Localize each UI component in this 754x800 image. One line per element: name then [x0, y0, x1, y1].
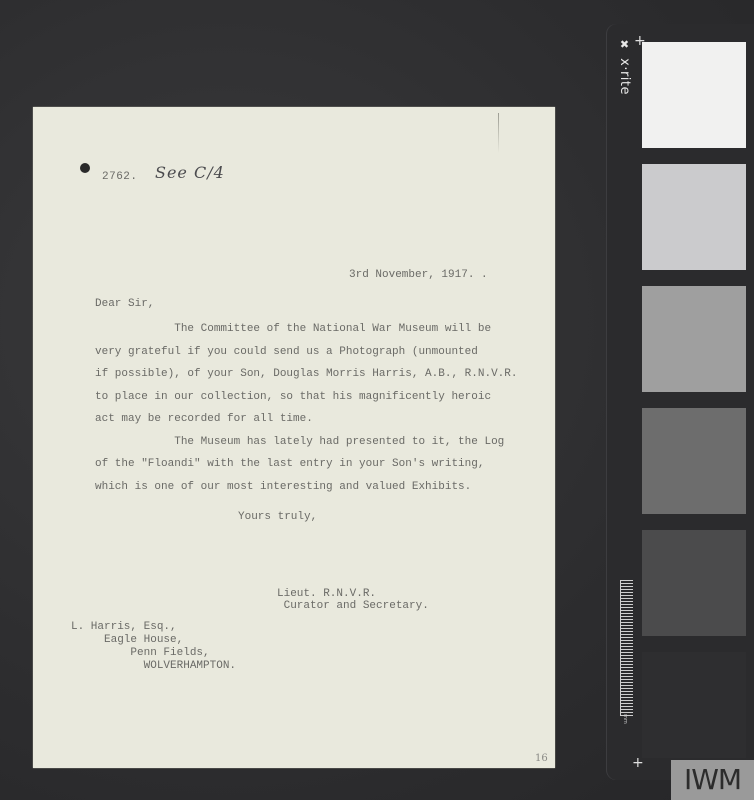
handwritten-note: See C/4 — [155, 163, 225, 182]
body-line: to place in our collection, so that his … — [95, 387, 555, 409]
iwm-watermark: IWM — [671, 760, 754, 800]
gray-swatch-white — [642, 42, 746, 148]
page-number: 16 — [535, 753, 548, 764]
gray-swatch-mid — [642, 408, 746, 514]
signature-rank: Lieut. R.N.V.R. — [277, 588, 429, 600]
recipient-address: L. Harris, Esq., Eagle House, Penn Field… — [71, 621, 236, 673]
x-rite-logo-icon: ✖ — [618, 38, 631, 52]
body-line: The Museum has lately had presented to i… — [95, 432, 555, 454]
body-line: act may be recorded for all time. — [95, 409, 555, 431]
address-line: WOLVERHAMPTON. — [71, 660, 236, 673]
document-scan: 2762. See C/4 3rd November, 1917. . Dear… — [0, 0, 754, 800]
letter-body: The Committee of the National War Museum… — [95, 319, 555, 499]
gray-swatch-mid-light — [642, 286, 746, 392]
signature-block: Lieut. R.N.V.R. Curator and Secretary. — [277, 588, 429, 612]
brand-name: x·rite — [617, 58, 632, 95]
recipient-name: L. Harris, Esq., — [71, 621, 236, 634]
salutation: Dear Sir, — [95, 298, 154, 310]
body-line: if possible), of your Son, Douglas Morri… — [95, 364, 555, 386]
registration-cross-icon: + — [632, 756, 644, 770]
paper-crease — [498, 113, 499, 153]
body-line: of the "Floandi" with the last entry in … — [95, 454, 555, 476]
body-line: which is one of our most interesting and… — [95, 477, 555, 499]
body-line: very grateful if you could send us a Pho… — [95, 342, 555, 364]
reference-number: 2762. — [102, 171, 138, 183]
color-checker-strip: ✖ x·rite + mm + — [606, 24, 754, 780]
gray-swatch-dark — [642, 530, 746, 636]
address-line: Eagle House, — [71, 634, 236, 647]
brand-label: ✖ x·rite — [614, 38, 632, 108]
closing: Yours truly, — [238, 511, 317, 523]
body-line: The Committee of the National War Museum… — [95, 319, 555, 341]
gray-swatch-black — [642, 652, 746, 758]
signature-title: Curator and Secretary. — [277, 600, 429, 612]
mm-ruler — [620, 580, 633, 716]
letter-date: 3rd November, 1917. . — [349, 269, 488, 281]
gray-swatch-light — [642, 164, 746, 270]
ruler-unit-label: mm — [622, 714, 628, 724]
punch-hole — [80, 163, 90, 173]
letter-page: 2762. See C/4 3rd November, 1917. . Dear… — [33, 107, 555, 768]
address-line: Penn Fields, — [71, 647, 236, 660]
